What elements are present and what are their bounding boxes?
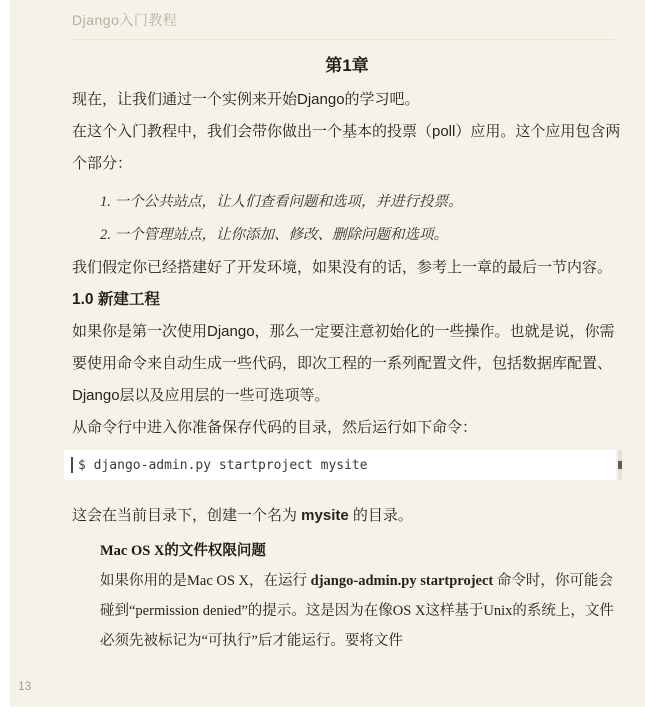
page-number: 13	[18, 679, 31, 693]
paragraph-overview: 在这个入门教程中，我们会带你做出一个基本的投票（poll）应用。这个应用包含两个…	[72, 116, 622, 180]
code-scrollbar-thumb[interactable]	[618, 461, 622, 469]
code-block: $ django-admin.py startproject mysite	[64, 450, 616, 480]
code-scrollbar[interactable]	[618, 450, 622, 480]
list-item-text: 一个管理站点，让你添加、修改、删除问题和选项。	[115, 227, 449, 243]
running-header: Django入门教程	[72, 0, 614, 40]
result-text-after: 的目录。	[349, 507, 413, 524]
list-item-text: 一个公共站点，让人们查看问题和选项，并进行投票。	[115, 194, 463, 210]
result-dirname: mysite	[301, 507, 349, 524]
sidenote-body: 如果你用的是Mac OS X，在运行 django-admin.py start…	[100, 566, 622, 656]
sidenote-title: Mac OS X的文件权限问题	[100, 538, 622, 564]
paragraph-intro: 现在，让我们通过一个实例来开始Django的学习吧。	[72, 84, 622, 116]
paragraph-init-notes: 如果你是第一次使用Django，那么一定要注意初始化的一些操作。也就是说，你需要…	[72, 316, 622, 412]
section-heading: 1.0 新建工程	[72, 284, 622, 316]
code-text: $ django-admin.py startproject mysite	[78, 458, 368, 473]
book-title: Django入门教程	[72, 12, 177, 28]
result-text-before: 这会在当前目录下，创建一个名为	[72, 507, 301, 524]
list-item-number: 1.	[100, 194, 111, 210]
text-cursor-bar	[71, 457, 73, 473]
list-item-number: 2.	[100, 227, 111, 243]
list-item: 2. 一个管理站点，让你添加、修改、删除问题和选项。	[100, 219, 622, 252]
sidenote-text-1: 如果你用的是Mac OS X，在运行	[100, 573, 311, 589]
paragraph-assumption: 我们假定你已经搭建好了开发环境，如果没有的话，参考上一章的最后一节内容。	[72, 252, 622, 284]
paragraph-result: 这会在当前目录下，创建一个名为 mysite 的目录。	[72, 500, 622, 532]
document-page: Django入门教程 第1章 现在，让我们通过一个实例来开始Django的学习吧…	[10, 0, 645, 707]
paragraph-run-command: 从命令行中进入你准备保存代码的目录，然后运行如下命令：	[72, 412, 622, 444]
page-content: 第1章 现在，让我们通过一个实例来开始Django的学习吧。 在这个入门教程中，…	[10, 54, 645, 656]
sidenote-command: django-admin.py startproject	[311, 573, 494, 589]
list-item: 1. 一个公共站点，让人们查看问题和选项，并进行投票。	[100, 186, 622, 219]
sidenote-macosx: Mac OS X的文件权限问题 如果你用的是Mac OS X，在运行 djang…	[100, 538, 622, 656]
chapter-title: 第1章	[72, 54, 622, 78]
ordered-list: 1. 一个公共站点，让人们查看问题和选项，并进行投票。 2. 一个管理站点，让你…	[100, 186, 622, 252]
